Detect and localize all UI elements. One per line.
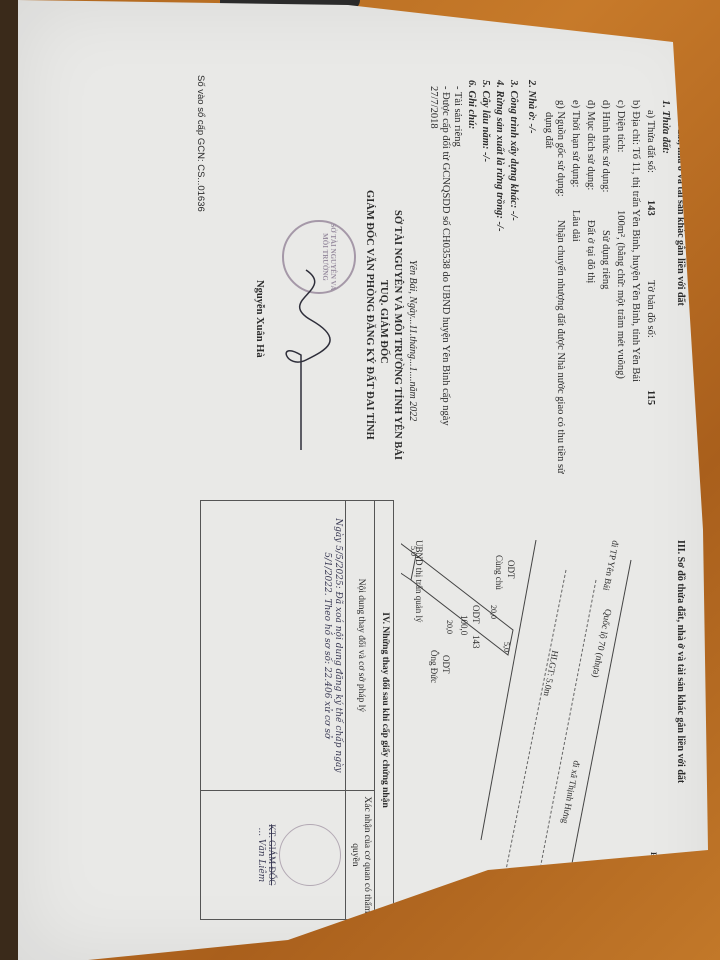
table-edge	[0, 0, 18, 960]
neighbor-bottom-type: ODT	[440, 655, 451, 674]
address: b) Địa chỉ: Tổ 11, thị trấn Yên Bình, hu…	[629, 100, 642, 382]
house-item: 2. Nhà ở: -/-	[525, 80, 538, 133]
changes-table: IV. Những thay đổi sau khi cấp giấy chứn…	[200, 500, 394, 920]
confirm-cell: KT. GIÁM ĐỐC ... Văn Liêm	[201, 790, 346, 919]
col-header-content: Nội dung thay đổi và cơ sở pháp lý	[346, 501, 375, 791]
parcel-number-label: a) Thửa đất số:	[644, 110, 657, 173]
neighbor-top-name: Cùng chủ	[493, 555, 504, 590]
change-entry: Ngày 5/5/2025: Đã xoá nội dung đăng ký t…	[201, 501, 346, 791]
neighbor-top-type: ODT	[505, 560, 516, 579]
certificate-page: II. Thửa đất, nhà ở và tài sản khác gắn …	[18, 0, 718, 960]
rotated-page-content: II. Thửa đất, nhà ở và tài sản khác gắn …	[126, 60, 686, 920]
usage-term-label: e) Thời hạn sử dụng:	[569, 100, 582, 187]
side-length-road: 5,0	[501, 642, 511, 652]
signature-1	[266, 260, 346, 460]
change-entry-line2: 5/1/2022. Theo hồ sơ số: 22.406 xử cơ sở	[321, 505, 332, 786]
area-label: c) Diện tích:	[614, 100, 627, 152]
usage-form-label: d) Hình thức sử dụng:	[599, 100, 612, 192]
signer-role: GIÁM ĐỐC VĂN PHÒNG ĐĂNG KÝ ĐẤT ĐAI TỈNH	[363, 190, 376, 440]
origin-label: g) Nguồn gốc sử dụng:	[554, 100, 567, 197]
registry-number: Số vào sổ cấp GCN: CS...01636	[194, 75, 206, 212]
usage-form-value: Sử dụng riêng	[599, 230, 612, 289]
perennial-item: 5. Cây lâu năm: -/-	[479, 80, 492, 162]
proxy-title: TUQ. GIÁM ĐỐC	[377, 280, 390, 364]
parcel-number: 143	[470, 635, 481, 649]
side-length-top: 20,0	[488, 605, 498, 619]
confirm-stamp	[279, 824, 341, 886]
parcel-number-value: 143	[644, 200, 657, 216]
section3-title: III. Sơ đồ thửa đất, nhà ở và tài sản kh…	[674, 540, 687, 783]
usage-purpose-value: Đất ở tại đô thị	[584, 220, 597, 283]
section2-title: II. Thửa đất, nhà ở và tài sản khác gắn …	[674, 90, 687, 306]
change-entry-line1: Ngày 5/5/2025: Đã xoá nội dung đăng ký t…	[332, 505, 343, 786]
signer-name: Nguyễn Xuân Hà	[253, 280, 266, 358]
notes-title: 6. Ghi chú:	[465, 80, 478, 129]
note-private-asset: - Tài sản riêng	[451, 86, 464, 147]
section2-sub1: 1. Thửa đất:	[659, 100, 672, 154]
usage-term-value: Lâu dài	[569, 210, 582, 242]
parcel-area: 100,0	[458, 615, 469, 635]
origin-value-cont: dụng đất	[542, 112, 555, 148]
north-arrow-label: B	[648, 852, 658, 857]
section4-title: IV. Những thay đổi sau khi cấp giấy chứn…	[375, 501, 394, 920]
confirm-signer: ... Văn Liêm	[255, 795, 266, 915]
map-sheet-label: Tờ bản đồ số:	[644, 280, 657, 338]
note-reissue-date: 27/7/2018	[427, 86, 440, 129]
note-reissue: - Được cấp đổi từ GCNQSDD số CH03538 do …	[439, 86, 452, 426]
side-length-bottom: 20,0	[444, 620, 454, 634]
usage-purpose-label: đ) Mục đích sử dụng:	[584, 100, 597, 190]
neighbor-bottom-name: Ông Đức	[428, 650, 439, 683]
back-owner: UBND thị trấn quản lý	[413, 540, 424, 623]
forest-item: 4. Rừng sản xuất là rừng trồng: -/-	[493, 80, 506, 231]
issuing-org: SỞ TÀI NGUYÊN VÀ MÔI TRƯỜNG TỈNH YÊN BÁI	[391, 210, 404, 460]
parcel-type: ODT	[470, 605, 481, 624]
parcel-diagram	[401, 540, 671, 920]
construction-item: 3. Công trình xây dựng khác: -/-	[507, 80, 520, 221]
origin-value: Nhận chuyển nhượng đất được Nhà nước gia…	[554, 220, 567, 474]
col-header-confirm: Xác nhận của cơ quan có thẩm quyền	[346, 790, 375, 919]
place-date: Yên Bái, Ngày...11.tháng...1....năm 2022	[406, 260, 419, 421]
map-sheet-value: 115	[644, 390, 657, 405]
confirm-title: KT. GIÁM ĐỐC	[266, 795, 277, 915]
area-value: 100m², (bằng chữ: một trăm mét vuông)	[614, 210, 627, 379]
